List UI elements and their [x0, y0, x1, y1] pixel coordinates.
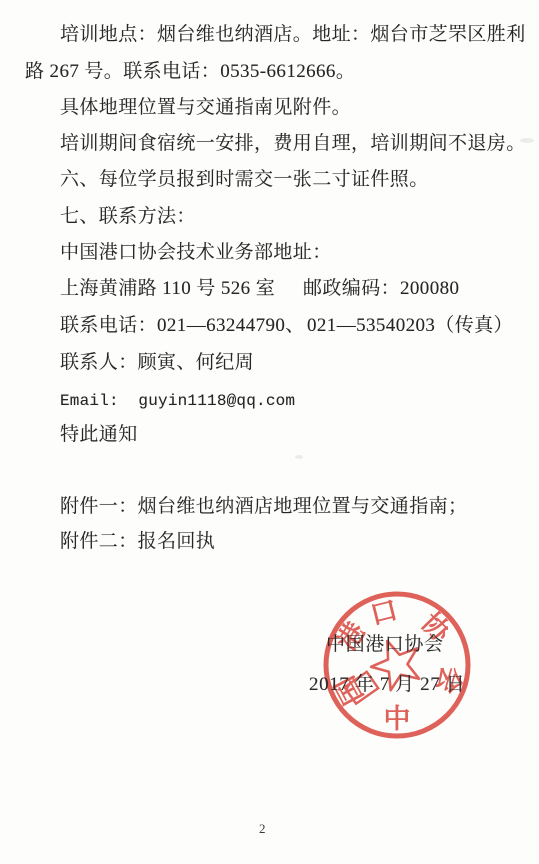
- paragraph-location-note: 具体地理位置与交通指南见附件。: [60, 97, 351, 119]
- fax-number: 021—53540203（传真）: [307, 315, 513, 337]
- email-address: Email: guyin1118@qq.com: [60, 390, 295, 412]
- paragraph-board-note: 培训期间食宿统一安排，费用自理，培训期间不退房。: [60, 133, 526, 155]
- list-item-7: 七、联系方法：: [60, 206, 196, 228]
- phone-number: 联系电话：021—63244790、: [60, 315, 305, 337]
- postal-code: 邮政编码：200080: [303, 278, 459, 300]
- signature-date: 2017 年 7 月 27 日: [309, 669, 465, 696]
- attachment-1: 附件一：烟台维也纳酒店地理位置与交通指南；: [60, 496, 467, 518]
- scan-smudge: [295, 455, 303, 459]
- scan-smudge: [520, 138, 534, 143]
- street-address: 上海黄浦路 110 号 526 室: [60, 278, 275, 300]
- scanned-notice-page: 培训地点：烟台维也纳酒店。地址：烟台市芝罘区胜利 路 267 号。联系电话：05…: [0, 0, 539, 864]
- seal-char: 中: [384, 704, 411, 734]
- official-seal-stamp: 中 国 港 口 协 会: [312, 580, 482, 750]
- attachment-2: 附件二：报名回执: [60, 531, 215, 553]
- closing-phrase: 特此通知: [60, 424, 138, 446]
- contact-persons: 联系人：顾寅、何纪周: [60, 352, 254, 374]
- paragraph-venue-line1: 培训地点：烟台维也纳酒店。地址：烟台市芝罘区胜利: [60, 24, 526, 46]
- signature-organization: 中国港口协会: [326, 629, 444, 656]
- seal-char: 口: [367, 595, 400, 631]
- paragraph-venue-line2: 路 267 号。联系电话：0535-6612666。: [25, 61, 355, 83]
- list-item-6: 六、每位学员报到时需交一张二寸证件照。: [60, 169, 429, 191]
- page-number: 2: [259, 821, 266, 837]
- dept-address-label: 中国港口协会技术业务部地址：: [60, 242, 332, 264]
